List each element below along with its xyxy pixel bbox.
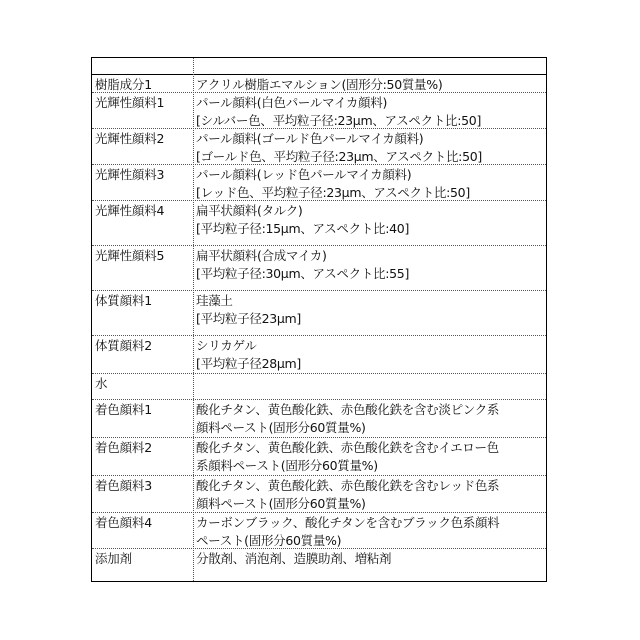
table-row: 水 bbox=[92, 374, 546, 400]
row-label: 体質顔料2 bbox=[95, 337, 191, 355]
row-value: 酸化チタン、黄色酸化鉄、赤色酸化鉄を含む淡ピンク系 顔料ペースト(固形分60質量… bbox=[196, 401, 544, 437]
row-value-line: [ゴールド色、平均粒子径:23μm、アスペクト比:50] bbox=[196, 148, 544, 166]
table-row: 体質顔料1 珪藻土 [平均粒子径23μm] bbox=[92, 291, 546, 336]
row-value: 酸化チタン、黄色酸化鉄、赤色酸化鉄を含むイエロー色 系顔料ペースト(固形分60質… bbox=[196, 439, 544, 475]
row-label: 光輝性顔料2 bbox=[95, 130, 191, 148]
row-value-line: 顔料ペースト(固形分60質量%) bbox=[196, 495, 544, 513]
table-row: 着色顔料2 酸化チタン、黄色酸化鉄、赤色酸化鉄を含むイエロー色 系顔料ペースト(… bbox=[92, 438, 546, 476]
row-value-line: 扁平状顔料(タルク) bbox=[196, 202, 544, 220]
table-row: 光輝性顔料1 パール顔料(白色パールマイカ顔料) [シルバー色、平均粒子径:23… bbox=[92, 93, 546, 129]
table-row: 添加剤 分散剤、消泡剤、造膜助剤、増粘剤 bbox=[92, 549, 546, 582]
table-row: 光輝性顔料5 扁平状顔料(合成マイカ) [平均粒子径:30μm、アスペクト比:5… bbox=[92, 246, 546, 291]
row-value-line: ペースト(固形分60質量%) bbox=[196, 532, 544, 550]
row-label: 光輝性顔料4 bbox=[95, 202, 191, 220]
row-value-line: 珪藻土 bbox=[196, 292, 544, 310]
row-value-line: [シルバー色、平均粒子径:23μm、アスペクト比:50] bbox=[196, 112, 544, 130]
row-value-line: パール顔料(白色パールマイカ顔料) bbox=[196, 94, 544, 112]
row-value: アクリル樹脂エマルション(固形分:50質量%) bbox=[196, 76, 544, 94]
table-row: 光輝性顔料3 パール顔料(レッド色パールマイカ顔料) [レッド色、平均粒子径:2… bbox=[92, 165, 546, 201]
row-value-line: [平均粒子径:30μm、アスペクト比:55] bbox=[196, 265, 544, 283]
table-header-row bbox=[92, 58, 546, 75]
row-value: カーボンブラック、酸化チタンを含むブラック色系顔料 ペースト(固形分60質量%) bbox=[196, 514, 544, 550]
row-value: 扁平状顔料(タルク) [平均粒子径:15μm、アスペクト比:40] bbox=[196, 202, 544, 238]
row-value-line: [平均粒子径28μm] bbox=[196, 355, 544, 373]
row-label: 光輝性顔料3 bbox=[95, 166, 191, 184]
row-value: パール顔料(白色パールマイカ顔料) [シルバー色、平均粒子径:23μm、アスペク… bbox=[196, 94, 544, 130]
row-label: 着色顔料1 bbox=[95, 401, 191, 419]
composition-table: 樹脂成分1 アクリル樹脂エマルション(固形分:50質量%) 光輝性顔料1 パール… bbox=[91, 57, 547, 582]
row-label: 光輝性顔料1 bbox=[95, 94, 191, 112]
row-value-line: パール顔料(ゴールド色パールマイカ顔料) bbox=[196, 130, 544, 148]
table-row: 樹脂成分1 アクリル樹脂エマルション(固形分:50質量%) bbox=[92, 75, 546, 93]
row-value-line: 系顔料ペースト(固形分60質量%) bbox=[196, 457, 544, 475]
row-label: 体質顔料1 bbox=[95, 292, 191, 310]
row-value: 酸化チタン、黄色酸化鉄、赤色酸化鉄を含むレッド色系 顔料ペースト(固形分60質量… bbox=[196, 477, 544, 513]
row-label: 樹脂成分1 bbox=[95, 76, 191, 94]
table-row: 着色顔料1 酸化チタン、黄色酸化鉄、赤色酸化鉄を含む淡ピンク系 顔料ペースト(固… bbox=[92, 400, 546, 438]
row-label: 着色顔料4 bbox=[95, 514, 191, 532]
row-value: シリカゲル [平均粒子径28μm] bbox=[196, 337, 544, 373]
row-label: 光輝性顔料5 bbox=[95, 247, 191, 265]
row-value-line: [平均粒子径23μm] bbox=[196, 310, 544, 328]
row-value-line: 扁平状顔料(合成マイカ) bbox=[196, 247, 544, 265]
row-value-line: [平均粒子径:15μm、アスペクト比:40] bbox=[196, 220, 544, 238]
table-row: 光輝性顔料2 パール顔料(ゴールド色パールマイカ顔料) [ゴールド色、平均粒子径… bbox=[92, 129, 546, 165]
row-value-line: シリカゲル bbox=[196, 337, 544, 355]
row-value-line: [レッド色、平均粒子径:23μm、アスペクト比:50] bbox=[196, 184, 544, 202]
row-value-line: アクリル樹脂エマルション(固形分:50質量%) bbox=[196, 76, 544, 94]
table-row: 光輝性顔料4 扁平状顔料(タルク) [平均粒子径:15μm、アスペクト比:40] bbox=[92, 201, 546, 246]
row-value-line: カーボンブラック、酸化チタンを含むブラック色系顔料 bbox=[196, 514, 544, 532]
row-value-line: 酸化チタン、黄色酸化鉄、赤色酸化鉄を含むイエロー色 bbox=[196, 439, 544, 457]
table-row: 着色顔料3 酸化チタン、黄色酸化鉄、赤色酸化鉄を含むレッド色系 顔料ペースト(固… bbox=[92, 476, 546, 513]
row-value: パール顔料(レッド色パールマイカ顔料) [レッド色、平均粒子径:23μm、アスペ… bbox=[196, 166, 544, 202]
row-label: 添加剤 bbox=[95, 550, 191, 568]
row-value: 珪藻土 [平均粒子径23μm] bbox=[196, 292, 544, 328]
row-label: 水 bbox=[95, 375, 191, 393]
row-label: 着色顔料2 bbox=[95, 439, 191, 457]
row-value-line: 分散剤、消泡剤、造膜助剤、増粘剤 bbox=[196, 550, 544, 568]
row-value: 分散剤、消泡剤、造膜助剤、増粘剤 bbox=[196, 550, 544, 568]
table-row: 着色顔料4 カーボンブラック、酸化チタンを含むブラック色系顔料 ペースト(固形分… bbox=[92, 513, 546, 549]
row-label: 着色顔料3 bbox=[95, 477, 191, 495]
row-value-line: 酸化チタン、黄色酸化鉄、赤色酸化鉄を含むレッド色系 bbox=[196, 477, 544, 495]
table-row: 体質顔料2 シリカゲル [平均粒子径28μm] bbox=[92, 336, 546, 374]
row-value-line: パール顔料(レッド色パールマイカ顔料) bbox=[196, 166, 544, 184]
row-value: 扁平状顔料(合成マイカ) [平均粒子径:30μm、アスペクト比:55] bbox=[196, 247, 544, 283]
row-value-line: 酸化チタン、黄色酸化鉄、赤色酸化鉄を含む淡ピンク系 bbox=[196, 401, 544, 419]
row-value-line: 顔料ペースト(固形分60質量%) bbox=[196, 419, 544, 437]
row-value: パール顔料(ゴールド色パールマイカ顔料) [ゴールド色、平均粒子径:23μm、ア… bbox=[196, 130, 544, 166]
